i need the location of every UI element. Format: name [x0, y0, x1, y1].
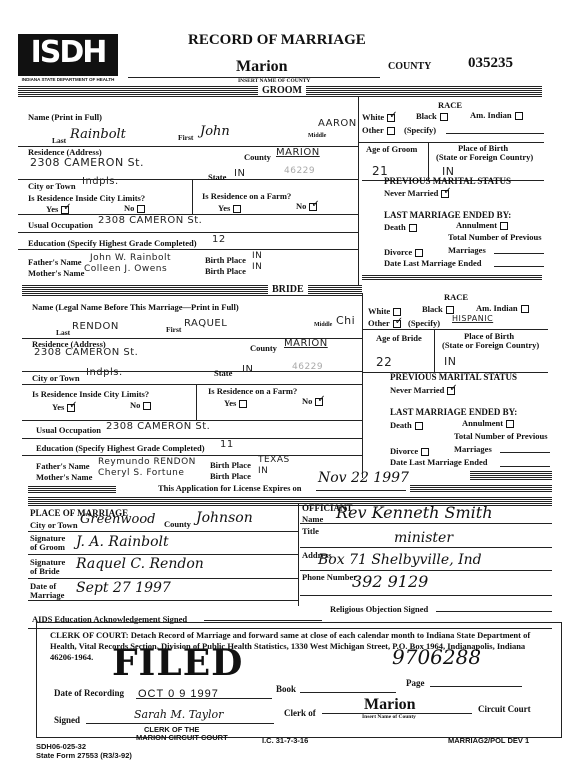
- bride-race-specify: (Specify): [408, 318, 440, 328]
- bride-mother-birth-label: Birth Place: [210, 471, 251, 481]
- groom-city-limits-label: Is Residence Inside City Limits?: [28, 193, 145, 203]
- checkbox-icon[interactable]: [500, 222, 508, 230]
- officiant-phone-value[interactable]: 392 9129: [352, 572, 428, 591]
- checkbox-checked-icon[interactable]: [387, 114, 395, 122]
- bride-race-white[interactable]: White: [368, 306, 401, 316]
- groom-father-label: Father's Name: [28, 257, 82, 267]
- ceremony-city-label: City or Town: [30, 520, 78, 530]
- officiant-name-value[interactable]: Rev Kenneth Smith: [336, 503, 493, 522]
- checkbox-icon[interactable]: [440, 113, 448, 121]
- ceremony-city-value[interactable]: Greenwood: [80, 512, 155, 527]
- groom-father-birth-value[interactable]: IN: [252, 251, 262, 261]
- checkbox-checked-icon[interactable]: [441, 190, 449, 198]
- bride-middle-value[interactable]: Chi: [336, 314, 355, 327]
- checkbox-checked-icon[interactable]: [309, 203, 317, 211]
- groom-state-value[interactable]: IN: [234, 168, 245, 179]
- bride-father-label: Father's Name: [36, 461, 90, 471]
- checkbox-icon[interactable]: [521, 305, 529, 313]
- groom-middle-value[interactable]: AARON: [318, 118, 357, 129]
- page-label: Page: [406, 678, 425, 688]
- bride-city-limits-yes[interactable]: Yes: [52, 402, 75, 412]
- groom-city-limits-yes[interactable]: Yes: [46, 204, 69, 214]
- groom-county-value[interactable]: MARION: [276, 147, 320, 158]
- file-number: 9706288: [392, 645, 481, 669]
- bride-city-limits-label: Is Residence Inside City Limits?: [32, 389, 149, 399]
- bride-county-value[interactable]: MARION: [284, 338, 328, 349]
- bride-zip-value: 46229: [292, 362, 323, 372]
- groom-farm-yes[interactable]: Yes: [218, 203, 241, 213]
- bride-father-value[interactable]: Reymundo RENDON: [98, 457, 196, 467]
- groom-occupation-value[interactable]: 2308 CAMERON St.: [98, 215, 202, 226]
- bride-state-value[interactable]: IN: [242, 364, 253, 375]
- bride-last-ended-label: LAST MARRIAGE ENDED BY:: [390, 407, 517, 417]
- county-sublabel: INSERT NAME OF COUNTY: [238, 78, 310, 84]
- statute-reference: I.C. 31-7-3-16: [262, 736, 308, 745]
- groom-farm-label: Is Residence on a Farm?: [202, 191, 291, 201]
- checkbox-icon[interactable]: [143, 402, 151, 410]
- recording-date-label: Date of Recording: [54, 688, 124, 698]
- checkbox-icon[interactable]: [137, 205, 145, 213]
- groom-city-label: City or Town: [28, 181, 76, 191]
- groom-race-amindian[interactable]: Am. Indian: [470, 110, 523, 120]
- groom-signature-label: Signatureof Groom: [30, 534, 65, 552]
- state-form: State Form 27553 (R3/3-92): [36, 751, 132, 760]
- logo-subtitle: INDIANA STATE DEPARTMENT OF HEALTH: [18, 77, 118, 82]
- license-expires-label: This Application for License Expires on: [158, 483, 302, 493]
- bride-death[interactable]: Death: [390, 420, 423, 430]
- groom-zip-value: 46229: [284, 166, 315, 176]
- bride-annulment[interactable]: Annulment: [462, 418, 514, 428]
- marriage-date-label: Date ofMarriage: [30, 582, 64, 600]
- ceremony-county-label: County: [164, 519, 191, 529]
- bride-race-amindian[interactable]: Am. Indian: [476, 303, 529, 313]
- bride-occupation-label: Usual Occupation: [36, 425, 101, 435]
- officiant-title-value[interactable]: minister: [394, 530, 453, 546]
- groom-race-other[interactable]: Other: [362, 125, 395, 135]
- bride-race-label: RACE: [444, 292, 468, 302]
- book-label: Book: [276, 684, 296, 694]
- groom-city-value[interactable]: Indpls.: [82, 176, 119, 187]
- groom-state-label: State: [208, 172, 226, 182]
- bride-mother-birth-value[interactable]: IN: [258, 466, 268, 476]
- checkbox-icon[interactable]: [239, 400, 247, 408]
- checkbox-checked-icon[interactable]: [61, 206, 69, 214]
- groom-residence-value[interactable]: 2308 CAMERON St.: [30, 156, 144, 169]
- groom-prev-status-label: PREVIOUS MARITAL STATUS: [384, 176, 511, 186]
- clerk-of-label: Clerk of: [284, 708, 316, 718]
- groom-name-label: Name (Print in Full): [28, 112, 102, 122]
- checkbox-checked-icon[interactable]: [393, 320, 401, 328]
- officiant-phone-label: Phone Number: [302, 572, 357, 582]
- groom-signature-value[interactable]: J. A. Rainbolt: [76, 534, 169, 550]
- groom-mother-birth-value[interactable]: IN: [252, 262, 262, 272]
- bride-total-prev-label: Total Number of Previous: [454, 431, 548, 441]
- groom-father-value[interactable]: John W. Rainbolt: [90, 253, 171, 263]
- checkbox-icon[interactable]: [415, 422, 423, 430]
- groom-marriages-label: Marriages: [448, 245, 486, 255]
- groom-race-label: RACE: [438, 100, 462, 110]
- groom-section-label: GROOM: [258, 85, 306, 96]
- groom-divorce[interactable]: Divorce: [384, 247, 423, 257]
- groom-date-last-ended-label: Date Last Marriage Ended: [384, 258, 482, 268]
- circuit-court-label: Circuit Court: [478, 704, 531, 714]
- groom-first-label: First: [178, 133, 193, 142]
- ceremony-county-value[interactable]: Johnson: [196, 510, 253, 526]
- groom-middle-label: Middle: [308, 133, 326, 139]
- bride-signature-value[interactable]: Raquel C. Rendon: [76, 556, 204, 572]
- groom-last-value[interactable]: Rainbolt: [70, 127, 126, 142]
- religious-objection-label: Religious Objection Signed: [330, 604, 428, 614]
- clerk-of-sublabel: Insert Name of County: [362, 714, 416, 720]
- groom-pob-sublabel: (State or Foreign Country): [436, 152, 533, 162]
- bride-city-value[interactable]: Indpls.: [86, 367, 123, 378]
- groom-first-value[interactable]: John: [200, 124, 230, 139]
- checkbox-checked-icon[interactable]: [315, 398, 323, 406]
- checkbox-checked-icon[interactable]: [447, 387, 455, 395]
- groom-farm-no[interactable]: No: [296, 201, 317, 211]
- bride-divorce[interactable]: Divorce: [390, 446, 429, 456]
- bride-race-black[interactable]: Black: [422, 304, 454, 314]
- groom-mother-birth-label: Birth Place: [205, 266, 246, 276]
- form-code: SDH06-025-32: [36, 742, 86, 751]
- groom-annulment[interactable]: Annulment: [456, 220, 508, 230]
- clerk-stamp-line-2: MARION CIRCUIT COURT: [136, 733, 228, 742]
- bride-age-label: Age of Bride: [376, 333, 422, 343]
- bride-last-value[interactable]: RENDON: [72, 321, 119, 332]
- dev-code: MARRIAG2/POL DEV 1: [448, 736, 529, 745]
- bride-farm-no[interactable]: No: [302, 396, 323, 406]
- bride-section-label: BRIDE: [268, 284, 308, 295]
- groom-age-label: Age of Groom: [366, 144, 417, 154]
- groom-city-limits-no[interactable]: No: [124, 203, 145, 213]
- checkbox-icon[interactable]: [446, 306, 454, 314]
- groom-occupation-label: Usual Occupation: [28, 220, 93, 230]
- clerk-of-county-value[interactable]: Marion: [364, 696, 416, 714]
- groom-education-value[interactable]: 12: [212, 234, 226, 245]
- bride-education-value[interactable]: 11: [220, 439, 234, 450]
- groom-race-specify: (Specify): [404, 125, 436, 135]
- license-expires-value[interactable]: Nov 22 1997: [318, 470, 409, 486]
- bride-county-label: County: [250, 343, 277, 353]
- marriage-date-value[interactable]: Sept 27 1997: [76, 580, 171, 596]
- groom-last-label: Last: [52, 136, 66, 145]
- bride-city-limits-no[interactable]: No: [130, 400, 151, 410]
- bride-mother-label: Mother's Name: [36, 472, 92, 482]
- bride-middle-label: Middle: [314, 322, 332, 328]
- bride-father-birth-label: Birth Place: [210, 460, 251, 470]
- bride-pob-value[interactable]: IN: [444, 355, 456, 368]
- bride-farm-label: Is Residence on a Farm?: [208, 386, 297, 396]
- bride-name-label: Name (Legal Name Before This Marriage—Pr…: [32, 302, 239, 312]
- groom-race-black[interactable]: Black: [416, 111, 448, 121]
- bride-race-specify-value[interactable]: HISPANIC: [452, 314, 493, 323]
- bride-first-label: First: [166, 325, 181, 334]
- groom-last-ended-label: LAST MARRIAGE ENDED BY:: [384, 210, 511, 220]
- bride-prev-status-label: PREVIOUS MARITAL STATUS: [390, 372, 517, 382]
- bride-mother-value[interactable]: Cheryl S. Fortune: [98, 468, 184, 478]
- bride-signature-label: Signatureof Bride: [30, 558, 65, 576]
- bride-residence-value[interactable]: 2308 CAMERON St.: [34, 347, 138, 358]
- officiant-title-label: Title: [302, 526, 319, 536]
- bride-father-birth-value[interactable]: TEXAS: [258, 455, 290, 465]
- groom-death[interactable]: Death: [384, 222, 417, 232]
- checkbox-icon[interactable]: [387, 127, 395, 135]
- groom-total-prev-label: Total Number of Previous: [448, 232, 542, 242]
- bride-first-value[interactable]: RAQUEL: [184, 318, 227, 329]
- county-value: Marion: [236, 58, 288, 76]
- groom-never-married[interactable]: Never Married: [384, 188, 449, 198]
- bride-occupation-value[interactable]: 2308 CAMERON St.: [106, 421, 210, 432]
- groom-mother-label: Mother's Name: [28, 268, 84, 278]
- bride-state-label: State: [214, 368, 232, 378]
- checkbox-icon[interactable]: [421, 448, 429, 456]
- groom-race-white[interactable]: White: [362, 112, 395, 122]
- groom-father-birth-label: Birth Place: [205, 255, 246, 265]
- filed-stamp: FILED: [112, 642, 243, 684]
- record-number: 035235: [468, 55, 513, 72]
- bride-age-value[interactable]: 22: [376, 355, 392, 369]
- isdh-logo: ISDH: [18, 34, 118, 76]
- officiant-address-value[interactable]: Box 71 Shelbyville, Ind: [318, 552, 482, 568]
- bride-education-label: Education (Specify Highest Grade Complet…: [36, 443, 205, 453]
- groom-mother-value[interactable]: Colleen J. Owens: [84, 264, 167, 274]
- checkbox-icon[interactable]: [415, 249, 423, 257]
- groom-education-label: Education (Specify Highest Grade Complet…: [28, 238, 197, 248]
- bride-date-last-ended-label: Date Last Marriage Ended: [390, 457, 488, 467]
- checkbox-icon[interactable]: [409, 224, 417, 232]
- bride-farm-yes[interactable]: Yes: [224, 398, 247, 408]
- checkbox-icon[interactable]: [515, 112, 523, 120]
- groom-county-label: County: [244, 152, 271, 162]
- checkbox-checked-icon[interactable]: [67, 404, 75, 412]
- page-title: RECORD OF MARRIAGE: [188, 32, 366, 49]
- bride-never-married[interactable]: Never Married: [390, 385, 455, 395]
- bride-race-other[interactable]: Other: [368, 318, 401, 328]
- bride-pob-sublabel: (State or Foreign Country): [442, 340, 539, 350]
- bride-last-label: Last: [56, 328, 70, 337]
- bride-city-label: City or Town: [32, 373, 80, 383]
- clerk-signature[interactable]: Sarah M. Taylor: [134, 708, 223, 721]
- bride-marriages-label: Marriages: [454, 444, 492, 454]
- county-label: COUNTY: [388, 61, 431, 72]
- checkbox-icon[interactable]: [506, 420, 514, 428]
- checkbox-icon[interactable]: [393, 308, 401, 316]
- checkbox-icon[interactable]: [233, 205, 241, 213]
- signed-label: Signed: [54, 715, 80, 725]
